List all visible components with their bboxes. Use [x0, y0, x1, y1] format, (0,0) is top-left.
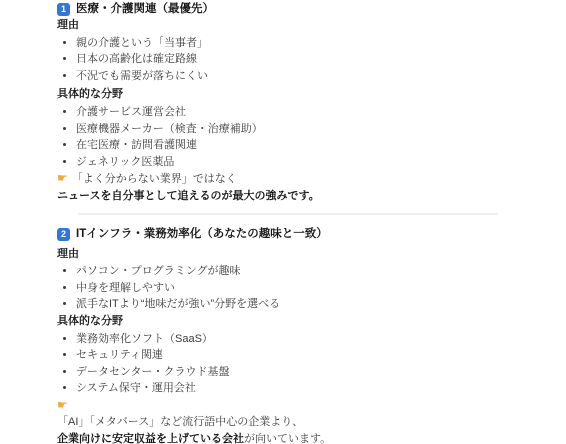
reason-heading: 理由	[57, 17, 526, 34]
keycap-1-icon: 1	[57, 3, 70, 16]
note-line-1: 「よく分からない業界」ではなく	[72, 173, 237, 185]
list-item: 介護サービス運営会社	[76, 104, 526, 121]
list-item: 業務効率化ソフト（SaaS）	[76, 331, 526, 348]
list-item: データセンター・クラウド基盤	[76, 364, 526, 381]
section-2-title-row: 2 ITインフラ・業務効率化（あなたの趣味と一致）	[57, 227, 526, 242]
note-line-2-bold: 企業向けに安定収益を上げている会社	[57, 433, 244, 444]
fields-list: 介護サービス運営会社 医療機器メーカー（検査・治療補助） 在宅医療・訪問看護関連…	[57, 104, 526, 170]
note-paragraph: ☛「よく分からない業界」ではなく	[57, 170, 526, 188]
list-item: ジェネリック医薬品	[76, 154, 526, 171]
note-line-2: ニュースを自分事として追えるのが最大の強みです。	[57, 188, 526, 205]
document-page: 1 医療・介護関連（最優先） 理由 親の介護という「当事者」 日本の高齢化は確定…	[0, 0, 566, 444]
list-item: 親の介護という「当事者」	[76, 35, 526, 52]
section-2-title: ITインフラ・業務効率化（あなたの趣味と一致）	[76, 227, 328, 242]
list-item: 日本の高齢化は確定路線	[76, 51, 526, 68]
fields-heading: 具体的な分野	[57, 313, 526, 330]
pointing-right-icon: ☛	[57, 171, 68, 185]
section-divider	[78, 213, 498, 215]
section-1-title-row: 1 医療・介護関連（最優先）	[57, 2, 526, 17]
list-item: 中身を理解しやすい	[76, 280, 526, 297]
reason-heading: 理由	[57, 246, 526, 263]
list-item: システム保守・運用会社	[76, 380, 526, 397]
list-item: セキュリティ関連	[76, 347, 526, 364]
note-line-2: 企業向けに安定収益を上げている会社が向いています。	[57, 431, 526, 444]
fields-list: 業務効率化ソフト（SaaS） セキュリティ関連 データセンター・クラウド基盤 シ…	[57, 331, 526, 397]
note-line-2-rest: が向いています。	[244, 433, 331, 444]
list-item: 不況でも需要が落ちにくい	[76, 68, 526, 85]
keycap-2-icon: 2	[57, 228, 70, 241]
section-medical-care: 1 医療・介護関連（最優先） 理由 親の介護という「当事者」 日本の高齢化は確定…	[57, 2, 526, 205]
section-1-title: 医療・介護関連（最優先）	[76, 2, 214, 17]
fields-heading: 具体的な分野	[57, 86, 526, 103]
list-item: 派手なITより“地味だが強い”分野を選べる	[76, 296, 526, 313]
reason-list: パソコン・プログラミングが趣味 中身を理解しやすい 派手なITより“地味だが強い…	[57, 263, 526, 313]
pointing-right-icon: ☛	[57, 398, 68, 412]
reason-list: 親の介護という「当事者」 日本の高齢化は確定路線 不況でも需要が落ちにくい	[57, 35, 526, 85]
list-item: パソコン・プログラミングが趣味	[76, 263, 526, 280]
emoji-line: ☛	[57, 397, 526, 415]
section-it-infra: 2 ITインフラ・業務効率化（あなたの趣味と一致） 理由 パソコン・プログラミン…	[57, 227, 526, 444]
list-item: 医療機器メーカー（検査・治療補助）	[76, 121, 526, 138]
list-item: 在宅医療・訪問看護関連	[76, 137, 526, 154]
note-line-1: 「AI」「メタバース」など流行語中心の企業より、	[57, 414, 526, 431]
